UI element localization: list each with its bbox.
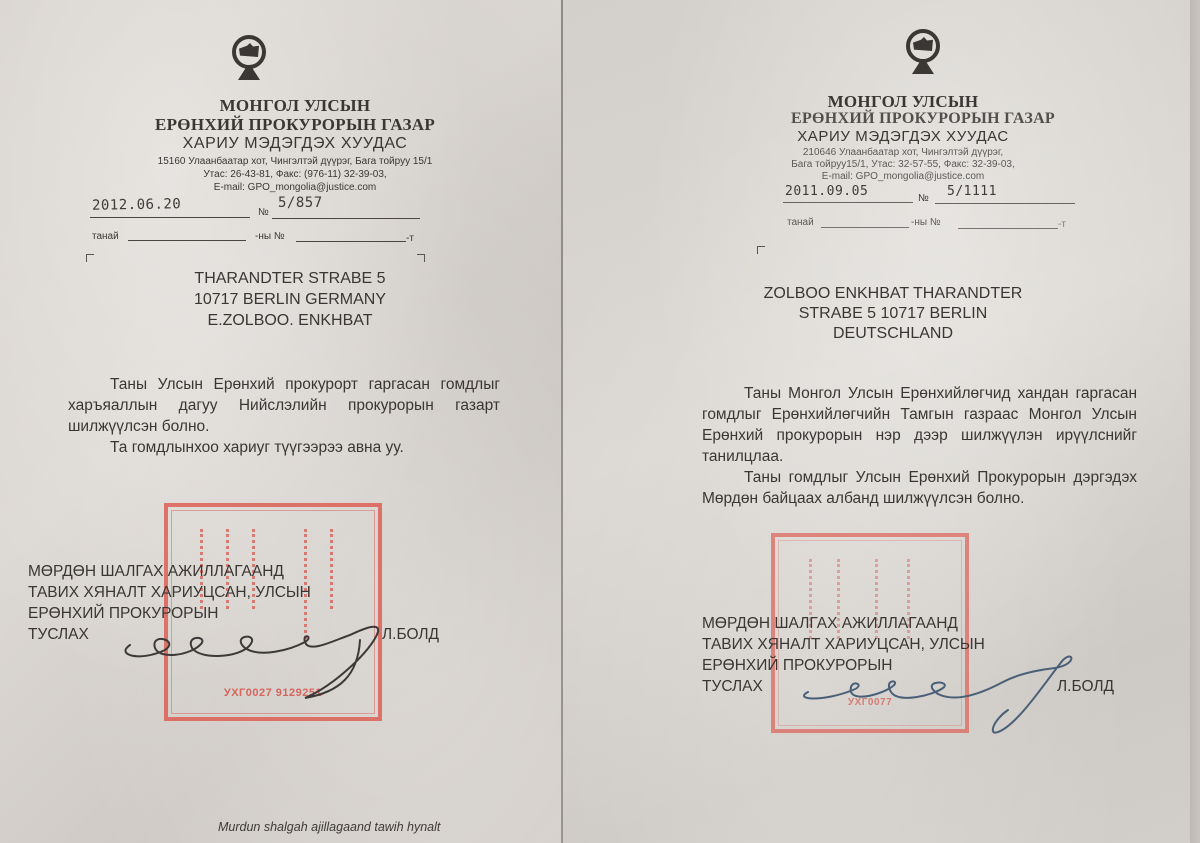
your-suffix: -ны № xyxy=(911,217,941,228)
signature-block: МӨРДӨН ШАЛГАХ АЖИЛЛАГААНД ТАВИХ ХЯНАЛТ Х… xyxy=(28,561,311,645)
signatory-title-line1: МӨРДӨН ШАЛГАХ АЖИЛЛАГААНД xyxy=(28,561,311,582)
number-label: № xyxy=(258,207,269,218)
address-line1: 210646 Улаанбаатар хот, Чингэлтэй дүүрэг… xyxy=(738,147,1068,159)
signatory-title-line4: ТУСЛАХ xyxy=(702,676,985,697)
date-handwritten: 2011.09.05 xyxy=(785,184,868,199)
signatory-title-line3: ЕРӨНХИЙ ПРОКУРОРЫН xyxy=(702,655,985,676)
mongolia-state-emblem-icon xyxy=(229,30,269,88)
doc-type: ХАРИУ МЭДЭГДЭХ ХУУДАС xyxy=(80,134,510,153)
your-suffix: -ны № xyxy=(255,231,285,242)
signatory-title-line1: МӨРДӨН ШАЛГАХ АЖИЛЛАГААНД xyxy=(702,613,985,634)
corner-mark xyxy=(417,254,425,262)
your-tail: -т xyxy=(406,233,414,244)
org-name-line2: ЕРӨНХИЙ ПРОКУРОРЫН ГАЗАР xyxy=(80,115,510,134)
address-line2: Бага тойруу15/1, Утас: 32-57-55, Факс: 3… xyxy=(738,159,1068,171)
recipient-line3: DEUTSCHLAND xyxy=(743,323,1043,344)
number-handwritten: 5/857 xyxy=(278,195,323,211)
number-handwritten: 5/1111 xyxy=(947,184,997,199)
doc-type: ХАРИУ МЭДЭГДЭХ ХУУДАС xyxy=(743,127,1063,146)
number-line xyxy=(272,218,420,219)
caption-transliteration: Murdun shalgah ajillagaand tawih hynalt xyxy=(218,820,440,834)
stamp-code: УХГ0077 xyxy=(775,697,965,708)
paper-edge xyxy=(1190,0,1200,843)
your-label: танай xyxy=(92,231,119,242)
address-line1: 15160 Улаанбаатар хот, Чингэлтэй дүүрэг,… xyxy=(70,156,520,168)
org-name-line2: ЕРӨНХИЙ ПРОКУРОРЫН ГАЗАР xyxy=(743,109,1103,128)
signatory-title-line4: ТУСЛАХ xyxy=(28,624,311,645)
letter-right: МОНГОЛ УЛСЫН ЕРӨНХИЙ ПРОКУРОРЫН ГАЗАР ХА… xyxy=(563,0,1190,843)
signature-block: МӨРДӨН ШАЛГАХ АЖИЛЛАГААНД ТАВИХ ХЯНАЛТ Х… xyxy=(702,613,985,697)
body-paragraph-1: Таны Монгол Улсын Ерөнхийлөгчид хандан г… xyxy=(702,383,1137,467)
signatory-name: Л.БОЛД xyxy=(382,624,439,645)
signatory-title-line2: ТАВИХ ХЯНАЛТ ХАРИУЦСАН, УЛСЫН xyxy=(28,582,311,603)
letter-body: Таны Улсын Ерөнхий прокурорт гаргасан го… xyxy=(68,374,500,458)
letter-body: Таны Монгол Улсын Ерөнхийлөгчид хандан г… xyxy=(702,383,1137,509)
address-line3: E-mail: GPO_mongolia@justice.com xyxy=(738,171,1068,183)
address-line3: E-mail: GPO_mongolia@justice.com xyxy=(70,182,520,194)
body-paragraph-2: Таны гомдлыг Улсын Ерөнхий Прокурорын дэ… xyxy=(702,467,1137,509)
recipient-line1: THARANDTER STRABE 5 xyxy=(130,268,450,289)
your-number-line xyxy=(958,228,1058,229)
corner-mark xyxy=(757,246,765,254)
signatory-name: Л.БОЛД xyxy=(1057,676,1114,697)
date-handwritten: 2012.06.20 xyxy=(92,196,182,214)
signatory-title-line2: ТАВИХ ХЯНАЛТ ХАРИУЦСАН, УЛСЫН xyxy=(702,634,985,655)
date-line xyxy=(90,217,250,218)
your-number-line xyxy=(296,241,406,242)
body-paragraph-1: Таны Улсын Ерөнхий прокурорт гаргасан го… xyxy=(68,374,500,437)
your-label: танай xyxy=(787,217,814,228)
stamp-code: УХГ0027 9129251 xyxy=(168,687,378,699)
signatory-title-line3: ЕРӨНХИЙ ПРОКУРОРЫН xyxy=(28,603,311,624)
body-paragraph-2: Та гомдлынхоо хариуг түүгээрээ авна уу. xyxy=(68,437,500,458)
date-line xyxy=(783,202,913,203)
recipient-line3: E.ZOLBOO. ENKHBAT xyxy=(130,310,450,331)
your-date-line xyxy=(128,240,246,241)
recipient-line1: ZOLBOO ENKHBAT THARANDTER xyxy=(743,283,1043,304)
your-date-line xyxy=(821,227,909,228)
address-line2: Утас: 26-43-81, Факс: (976-11) 32-39-03, xyxy=(70,169,520,181)
your-tail: -т xyxy=(1058,219,1066,230)
number-line xyxy=(935,203,1075,204)
org-name-line1: МОНГОЛ УЛСЫН xyxy=(80,96,510,115)
recipient-line2: 10717 BERLIN GERMANY xyxy=(130,289,450,310)
number-label: № xyxy=(918,193,929,204)
mongolia-state-emblem-icon xyxy=(903,24,943,82)
recipient-line2: STRABE 5 10717 BERLIN xyxy=(743,303,1043,324)
corner-mark xyxy=(86,254,94,262)
letter-left: МОНГОЛ УЛСЫН ЕРӨНХИЙ ПРОКУРОРЫН ГАЗАР ХА… xyxy=(0,0,562,843)
